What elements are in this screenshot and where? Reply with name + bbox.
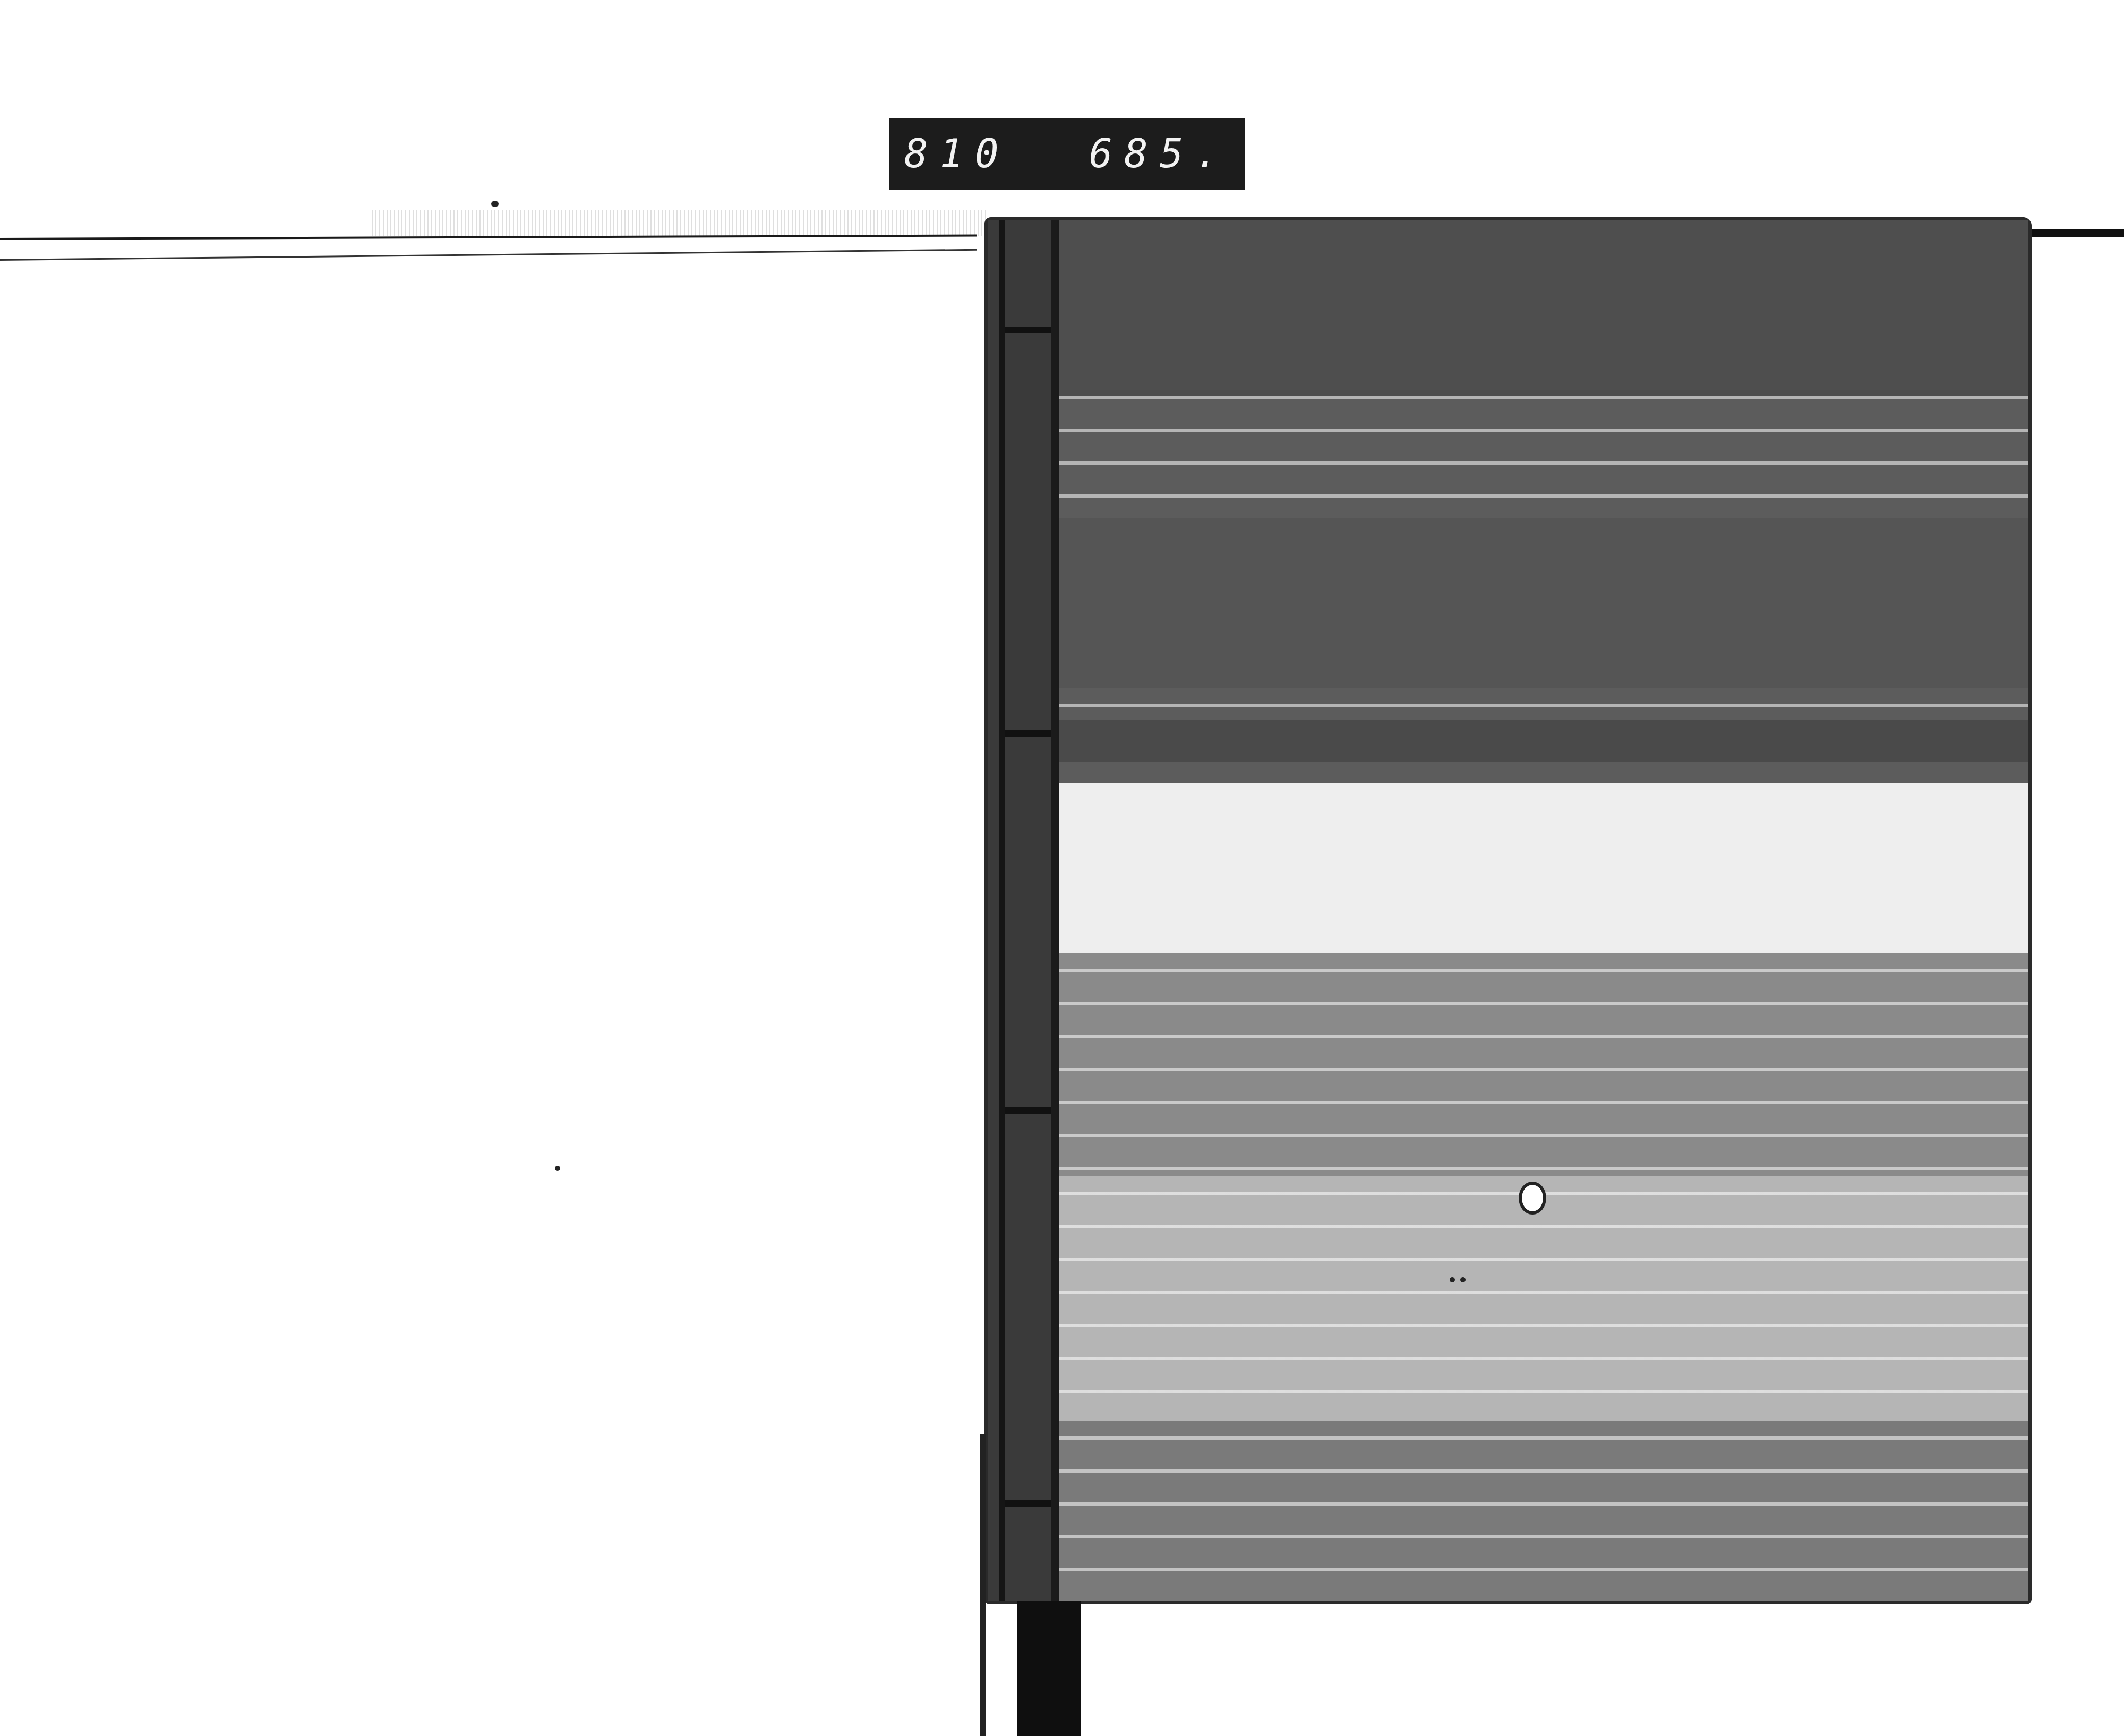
frame-number-label: 810 685. [889, 118, 1245, 190]
scan-frame: 810 685. [0, 0, 2124, 1736]
frame-number-left: 810 [904, 131, 1010, 177]
book-cover [988, 220, 2028, 1601]
cover-stripes [1059, 380, 2028, 502]
binding-stitch [1005, 1500, 1051, 1507]
binding-stitch [1005, 327, 1051, 333]
table-edge-line [0, 249, 977, 261]
cover-stripes [1059, 1421, 2028, 1601]
cover-band [1051, 518, 2028, 688]
table-edge-line [2012, 229, 2124, 237]
cover-stripes [1059, 1176, 2028, 1421]
cover-speck [1460, 1277, 1466, 1282]
binding-stitch [1005, 1107, 1051, 1114]
scan-speck [491, 201, 499, 207]
cover-speck [1450, 1277, 1455, 1282]
page-edge [980, 1434, 986, 1736]
cover-worn-area [1051, 783, 2028, 953]
cover-stripes [1059, 953, 2028, 1176]
binding-thread [1051, 220, 1057, 1601]
cover-damage-spot [1519, 1182, 1546, 1215]
frame-number-right: 685. [1089, 131, 1230, 177]
cover-band [1051, 220, 2028, 396]
spine-edge [999, 220, 1005, 1601]
scan-speck [555, 1166, 560, 1171]
binding-stitch [1005, 730, 1051, 737]
scan-noise [372, 210, 988, 236]
book-tail-shadow [1017, 1601, 1081, 1736]
book-spine [988, 220, 1059, 1601]
cover-stripes [1059, 688, 2028, 720]
cover-band [1051, 720, 2028, 762]
